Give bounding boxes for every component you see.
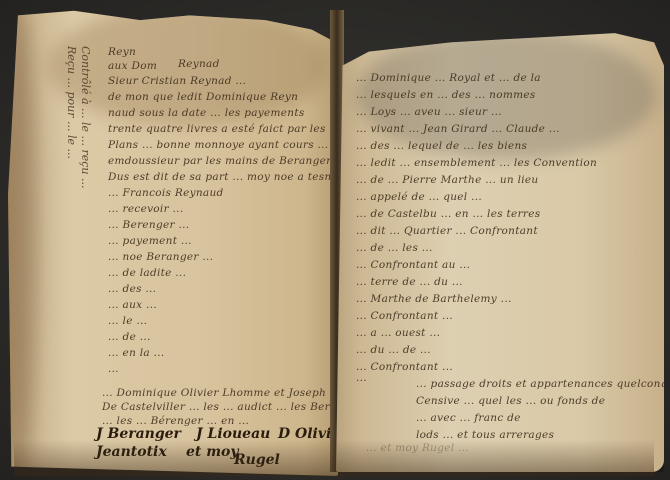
header-line: aux Dom [108,60,157,72]
manuscript-line: De Castelviller ... les ... audict ... l… [102,401,338,413]
manuscript-line: ... [108,363,119,375]
manuscript-line: de mon que ledit Dominique Reyn [108,91,298,103]
manuscript-line: ... aux ... [108,299,157,311]
manuscript-line: ... a ... ouest ... [356,327,440,339]
manuscript-line: ... le ... [108,315,147,327]
margin-note: Reçu ... pour ... le ... [65,46,78,159]
manuscript-line: ... passage droits et appartenances quel… [416,378,664,390]
manuscript-line: ... de ... [108,331,151,343]
manuscript-line: ... de Castelbu ... en ... les terres [356,208,540,220]
manuscript-line: ... de ... les ... [356,242,433,254]
manuscript-line: ... Confrontant ... [356,310,453,322]
manuscript-line: Dus est dit de sa part ... moy noe a tes… [108,171,338,183]
manuscript-line: Plans ... bonne monnoye ayant cours ... [108,139,328,151]
manuscript-line: ... recevoir ... [108,203,183,215]
manuscript-line: ... dit ... Quartier ... Confrontant [356,225,538,237]
manuscript-line: ... terre de ... du ... [356,276,463,288]
manuscript-line: ... Loys ... aveu ... sieur ... [356,106,502,118]
manuscript-line: ... de ladite ... [108,267,186,279]
manuscript-line: ... Francois Reynaud [108,187,224,199]
page-bottom-edge [14,440,654,476]
header-line: Reyn [108,46,136,58]
manuscript-line: ... payement ... [108,235,192,247]
manuscript-line: ... des ... [108,283,156,295]
manuscript-line: naud sous la date ... les payements [108,107,305,119]
manuscript-line: Censive ... quel les ... ou fonds de [416,395,605,407]
manuscript-line: ... Berenger ... [108,219,189,231]
manuscript-line: ... ledit ... ensemblement ... les Conve… [356,157,597,169]
manuscript-line: Sieur Cristian Reynad ... [108,75,246,87]
manuscript-line: ... Confrontant ... [356,361,453,373]
manuscript-line: ... Dominique ... Royal et ... de la [356,72,541,84]
manuscript-line: ... [356,372,367,384]
manuscript-line: ... Confrontant au ... [356,259,470,271]
margin-note: Contrôlé à ... le ... reçu ... [79,46,92,189]
manuscript-line: ... de ... Pierre Marthe ... un lieu [356,174,538,186]
manuscript-line: emdoussieur par les mains de Beranger au… [108,155,338,167]
manuscript-line: ... en la ... [108,347,165,359]
manuscript-line: ... noe Beranger ... [108,251,213,263]
manuscript-line: ... des ... lequel de ... les biens [356,140,527,152]
header-line: Reynad [178,58,220,70]
right-manuscript-page: ... Dominique ... Royal et ... de la ...… [336,10,664,472]
manuscript-line: ... du ... de ... [356,344,431,356]
manuscript-line: ... lesquels en ... des ... nommes [356,89,536,101]
manuscript-line: ... Marthe de Barthelemy ... [356,293,512,305]
manuscript-line: ... Dominique Olivier Lhomme et Joseph C… [102,387,338,399]
manuscript-line: trente quatre livres a esté faict par le… [108,123,326,135]
manuscript-line: ... appelé de ... quel ... [356,191,482,203]
manuscript-line: ... avec ... franc de [416,412,521,424]
left-manuscript-page: Reyn aux Dom Reynad Contrôlé à ... le ..… [8,6,338,476]
manuscript-line: ... vivant ... Jean Girard ... Claude ..… [356,123,560,135]
